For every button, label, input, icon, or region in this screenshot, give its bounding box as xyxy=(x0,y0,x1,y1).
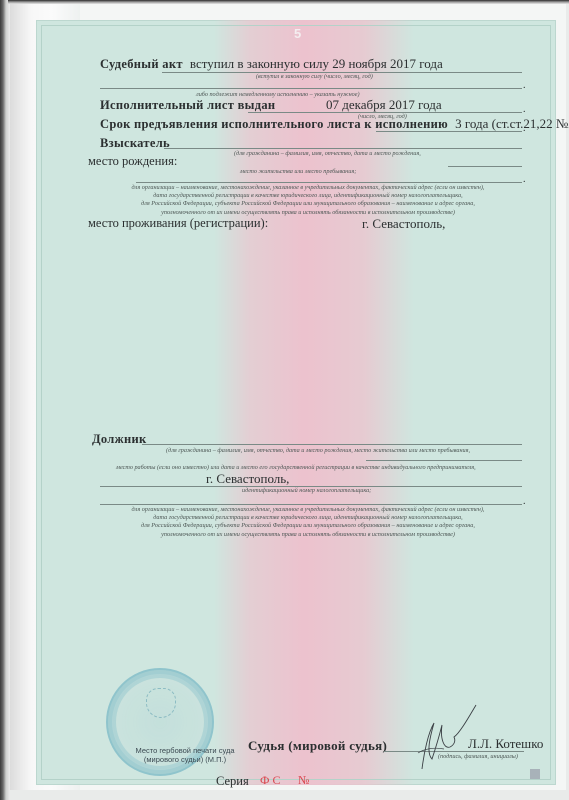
claimant-residence-label: место проживания (регистрации): xyxy=(88,216,268,231)
qr-marker-square xyxy=(530,769,540,779)
court-act-row: Судебный акт вступил в законную силу 29 … xyxy=(100,56,443,72)
writ-form: 5 Судебный акт вступил в законную силу 2… xyxy=(36,20,556,785)
writ-issued-row: Исполнительный лист выдан xyxy=(100,98,275,113)
scan-edge-left xyxy=(0,0,10,800)
stamp-caption: Место гербовой печати суда (мирового суд… xyxy=(120,746,250,764)
claimant-line xyxy=(164,148,522,149)
court-act-line-2 xyxy=(100,88,522,89)
coat-of-arms-icon xyxy=(146,688,176,718)
debtor-inn-hint: идентификационный номер налогоплательщик… xyxy=(242,487,371,494)
presentation-term-row: Срок предъявления исполнительного листа … xyxy=(100,116,569,132)
debtor-hint: (для гражданина – фамилия, имя, отчество… xyxy=(166,447,470,454)
debtor-label: Должник xyxy=(92,432,146,447)
writ-issued-value: 07 декабря 2017 года xyxy=(326,97,442,113)
debtor-line-3 xyxy=(100,504,522,505)
presentation-term-value: 3 года (ст.ст.21,22 №229-ФЗ) xyxy=(455,116,569,131)
debtor-line xyxy=(142,444,522,445)
debtor-work-hint: место работы (если оно известно) или дат… xyxy=(116,464,476,471)
birthplace-line xyxy=(448,166,522,167)
court-act-label: Судебный акт xyxy=(100,57,183,71)
claimant-residence-value: г. Севастополь, xyxy=(362,216,445,232)
scanned-page: 5 Судебный акт вступил в законную силу 2… xyxy=(10,4,566,790)
claimant-label: Взыскатель xyxy=(100,136,170,151)
series-label: Серия xyxy=(216,774,249,789)
presentation-term-label: Срок предъявления исполнительного листа … xyxy=(100,117,448,131)
claimant-residence-hint: место жительства или место пребывания; xyxy=(240,168,356,175)
birthplace-label: место рождения: xyxy=(88,154,177,169)
court-act-value: вступил в законную силу 29 ноября 2017 г… xyxy=(190,56,443,71)
claimant-hint: (для гражданина – фамилия, имя, отчество… xyxy=(234,150,421,157)
claimant-org-note: для организации – наименование, местонах… xyxy=(108,184,508,217)
writ-issued-label: Исполнительный лист выдан xyxy=(100,98,275,112)
number-sign: № xyxy=(298,773,309,788)
judge-label: Судья (мировой судья) xyxy=(248,738,387,754)
presentation-term-line xyxy=(376,131,522,132)
claimant-line-2 xyxy=(136,182,522,183)
page-number: 5 xyxy=(294,26,301,41)
court-act-hint: (вступил в законную силу (число, месяц, … xyxy=(256,73,373,80)
debtor-city-value: г. Севастополь, xyxy=(206,471,289,487)
debtor-org-note: для организации – наименование, местонах… xyxy=(108,506,508,539)
debtor-line-2 xyxy=(366,460,522,461)
judge-signature xyxy=(414,703,484,773)
series-value: ФС xyxy=(260,773,283,788)
